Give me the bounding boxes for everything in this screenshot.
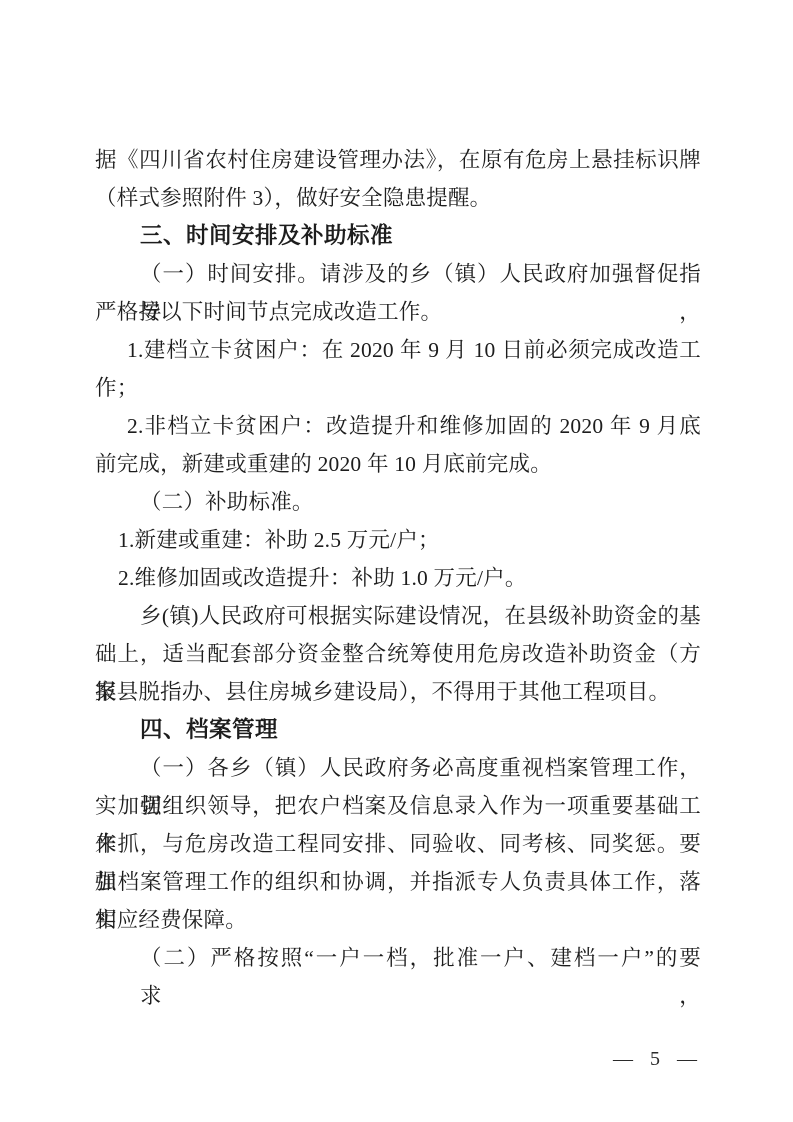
- body-line: 强档案管理工作的组织和协调，并指派专人负责具体工作，落实: [95, 863, 701, 901]
- body-line: 础上，适当配套部分资金整合统筹使用危房改造补助资金（方案: [95, 635, 701, 673]
- body-line: 据《四川省农村住房建设管理办法》，在原有危房上悬挂标识牌: [95, 141, 701, 179]
- body-line: 乡(镇)人民政府可根据实际建设情况，在县级补助资金的基: [95, 597, 701, 635]
- body-line: 报县脱指办、县住房城乡建设局），不得用于其他工程项目。: [95, 673, 701, 711]
- section-heading: 三、时间安排及补助标准: [95, 217, 701, 255]
- body-line: 来抓，与危房改造工程同安排、同验收、同考核、同奖惩。要加: [95, 825, 701, 863]
- section-heading: 四、档案管理: [95, 711, 701, 749]
- body-line: （二）补助标准。: [95, 483, 701, 521]
- body-line: （二）严格按照“一户一档，批准一户、建档一户”的要求，: [95, 939, 701, 977]
- body-line: 相应经费保障。: [95, 901, 701, 939]
- document-page: 据《四川省农村住房建设管理办法》，在原有危房上悬挂标识牌 （样式参照附件 3），…: [0, 0, 793, 1122]
- list-item-line: 1.建档立卡贫困户：在 2020 年 9 月 10 日前必须完成改造工: [95, 331, 701, 369]
- body-line: （一）时间安排。请涉及的乡（镇）人民政府加强督促指导，: [95, 255, 701, 293]
- page-number: — 5 —: [613, 1040, 697, 1078]
- list-item-line: 前完成，新建或重建的 2020 年 10 月底前完成。: [95, 445, 701, 483]
- list-item-line: 2.非档立卡贫困户：改造提升和维修加固的 2020 年 9 月底: [95, 407, 701, 445]
- body-line: 实加强组织领导，把农户档案及信息录入作为一项重要基础工作: [95, 787, 701, 825]
- list-item-line: 作；: [95, 369, 701, 407]
- body-line: （一）各乡（镇）人民政府务必高度重视档案管理工作，切: [95, 749, 701, 787]
- document-body: 据《四川省农村住房建设管理办法》，在原有危房上悬挂标识牌 （样式参照附件 3），…: [95, 141, 701, 977]
- list-item-line: 1.新建或重建：补助 2.5 万元/户；: [95, 521, 701, 559]
- body-line: （样式参照附件 3），做好安全隐患提醒。: [95, 179, 701, 217]
- list-item-line: 2.维修加固或改造提升：补助 1.0 万元/户。: [95, 559, 701, 597]
